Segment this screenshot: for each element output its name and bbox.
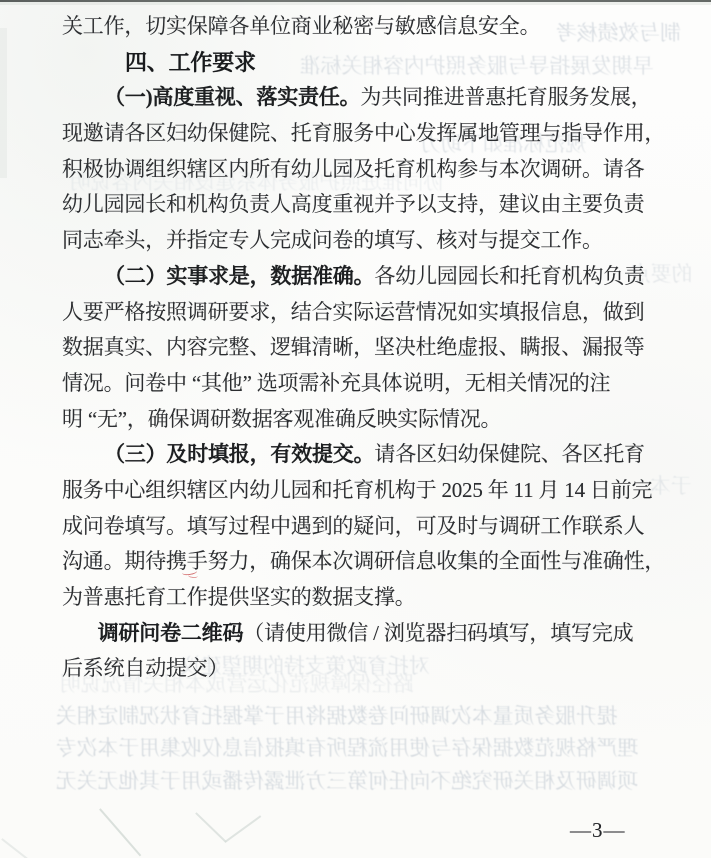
bold-text-segment: 调研问卷二维码 (98, 621, 244, 645)
bold-text-segment: （三）及时填报，有效提交。 (104, 442, 374, 466)
scanner-scratch-artifact (225, 815, 262, 842)
scanner-scratch-artifact (99, 808, 141, 856)
text-segment: 成问卷填写。填写过程中遇到的疑问，可及时与调研工作联系人 (62, 514, 644, 538)
bold-text-segment: （二）实事求是，数据准确。 (104, 264, 374, 288)
section-heading-line: 四、工作要求 (62, 45, 662, 81)
bleedthrough-text: 项调研及相关研究绝不向任何第三方泄露传播或用于其他无关无 (56, 765, 638, 795)
bold-text-segment: 四、工作要求 (125, 50, 256, 75)
text-segment: 积极协调组织辖区内所有幼儿园及托育机构参与本次调研。请各 (62, 157, 644, 181)
text-line: （三）及时填报，有效提交。请各区妇幼保健院、各区托育 (62, 437, 662, 473)
text-line: 同志牵头，并指定专人完成问卷的填写、核对与提交工作。 (62, 223, 662, 259)
text-line: 明 “无”，确保调研数据客观准确反映实际情况。 (62, 402, 662, 438)
page-number: —3— (570, 818, 626, 843)
text-line: 成问卷填写。填写过程中遇到的疑问，可及时与调研工作联系人 (62, 509, 662, 545)
text-segment: 为共同推进普惠托育服务发展， (360, 85, 651, 109)
bleedthrough-text: 提升服务质量本次调研问卷数据将用于掌握托育状况制定相关 (56, 700, 618, 730)
text-segment: 明 “无”，确保调研数据客观准确反映实际情况。 (62, 407, 501, 431)
text-segment: （请使用微信 / 浏览器扫码填写，填写完成 (243, 621, 633, 645)
scanned-document-page: 制与效绩核考早期发展指导与服务照护内容相关标准规范标准如下助力协同推进照护服务体… (0, 0, 711, 858)
text-segment: 服务中心组织辖区内幼儿园和托育机构于 2025 年 11 月 14 日前完 (62, 478, 652, 502)
text-line: （一)高度重视、落实责任。为共同推进普惠托育服务发展， (62, 80, 662, 116)
text-segment: 各幼儿园园长和托育机构负责 (374, 264, 644, 288)
text-line: （二）实事求是，数据准确。各幼儿园园长和托育机构负责 (62, 259, 662, 295)
text-line: 调研问卷二维码（请使用微信 / 浏览器扫码填写，填写完成 (62, 616, 662, 652)
text-segment: 情况。问卷中 “其他” 选项需补充具体说明，无相关情况的注 (62, 371, 610, 395)
bleedthrough-text: 理严格规范数据保存与使用流程所有填报信息仅收集用于本次专 (56, 732, 638, 762)
text-line: 人要严格按照调研要求，结合实际运营情况如实填报信息，做到 (62, 295, 662, 331)
text-segment: 沟通。期待携手努力，确保本次调研信息收集的全面性与准确性， (62, 549, 665, 573)
text-line: 沟通。期待携手努力，确保本次调研信息收集的全面性与准确性， (62, 544, 662, 580)
text-line: 情况。问卷中 “其他” 选项需补充具体说明，无相关情况的注 (62, 366, 662, 402)
text-line: 服务中心组织辖区内幼儿园和托育机构于 2025 年 11 月 14 日前完 (62, 473, 662, 509)
text-segment: 数据真实、内容完整、逻辑清晰，坚决杜绝虚报、瞒报、漏报等 (62, 335, 644, 359)
bold-text-segment: （一)高度重视、落实责任。 (104, 85, 360, 109)
text-line: 后系统自动提交） (62, 651, 662, 687)
text-line: 现邀请各区妇幼保健院、托育服务中心发挥属地管理与指导作用， (62, 116, 662, 152)
scanner-scratch-artifact (195, 812, 226, 842)
scan-top-edge-shadow (0, 2, 711, 5)
text-segment: 人要严格按照调研要求，结合实际运营情况如实填报信息，做到 (62, 300, 644, 324)
text-segment: 幼儿园园长和机构负责人高度重视并予以支持，建议由主要负责 (62, 192, 644, 216)
document-body: 关工作，切实保障各单位商业秘密与敏感信息安全。四、工作要求（一)高度重视、落实责… (62, 9, 662, 687)
text-line: 积极协调组织辖区内所有幼儿园及托育机构参与本次调研。请各 (62, 152, 662, 188)
text-segment: 为普惠托育工作提供坚实的数据支撑。 (62, 585, 416, 609)
text-segment: 后系统自动提交） (62, 656, 228, 680)
text-segment: 现邀请各区妇幼保健院、托育服务中心发挥属地管理与指导作用， (62, 121, 665, 145)
text-segment: 同志牵头，并指定专人完成问卷的填写、核对与提交工作。 (62, 228, 603, 252)
text-line: 幼儿园园长和机构负责人高度重视并予以支持，建议由主要负责 (62, 187, 662, 223)
text-line: 为普惠托育工作提供坚实的数据支撑。 (62, 580, 662, 616)
scanner-scratch-artifact (2, 838, 34, 858)
text-line: 数据真实、内容完整、逻辑清晰，坚决杜绝虚报、瞒报、漏报等 (62, 330, 662, 366)
text-line: 关工作，切实保障各单位商业秘密与敏感信息安全。 (62, 9, 662, 45)
scan-left-edge-shadow (0, 28, 7, 178)
text-segment: 关工作，切实保障各单位商业秘密与敏感信息安全。 (62, 14, 540, 38)
text-segment: 请各区妇幼保健院、各区托育 (374, 442, 644, 466)
